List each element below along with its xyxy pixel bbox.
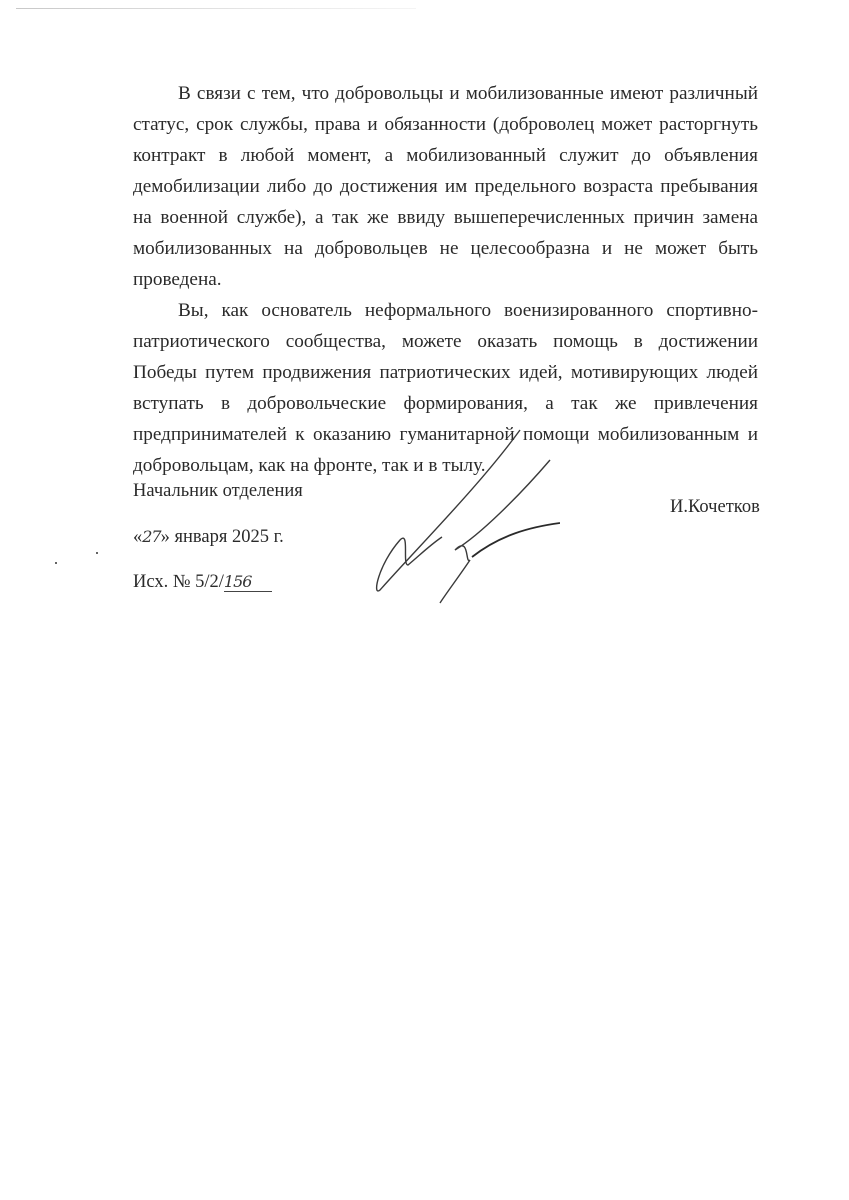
- position-title: Начальник отделения: [133, 481, 303, 502]
- scan-speck: [55, 562, 57, 564]
- ref-number-handwritten: 156: [224, 573, 272, 592]
- date-day-handwritten: 27: [142, 527, 160, 546]
- date-rest: января 2025 г.: [170, 527, 284, 547]
- scan-speck: [96, 552, 98, 554]
- signer-name: И.Кочетков: [670, 497, 760, 518]
- paragraph-1: В связи с тем, что добровольцы и мобилиз…: [133, 78, 758, 295]
- letter-body: В связи с тем, что добровольцы и мобилиз…: [133, 78, 758, 481]
- date-close-quote: »: [161, 527, 170, 547]
- date-line: «27» января 2025 г.: [133, 527, 284, 548]
- date-open-quote: «: [133, 527, 142, 547]
- outgoing-reference: Исх. № 5/2/156: [133, 572, 272, 593]
- handwritten-signature-icon: [360, 425, 560, 605]
- scan-edge-line: [16, 8, 416, 9]
- ref-prefix: Исх. № 5/2/: [133, 572, 224, 592]
